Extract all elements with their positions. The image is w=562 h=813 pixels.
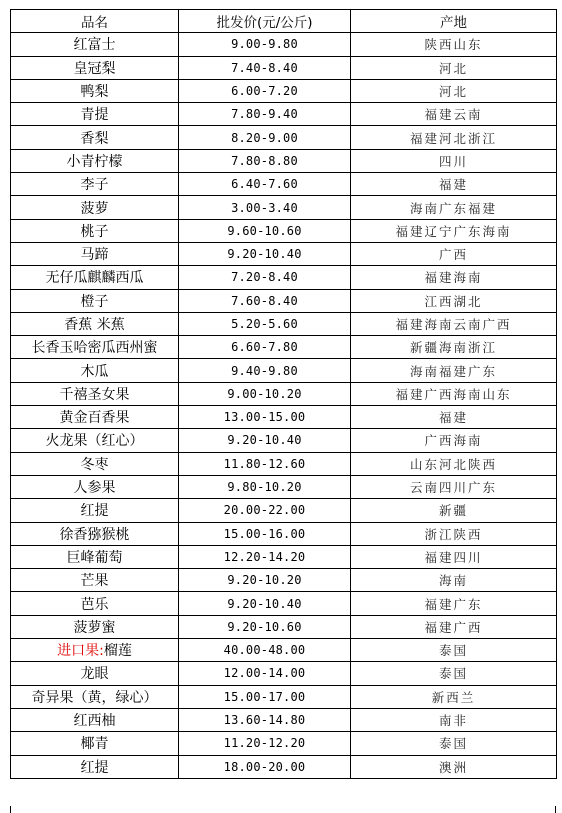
product-name-text: 桃子: [81, 224, 109, 240]
cell-product-name: 龙眼: [11, 662, 179, 685]
cell-origin: 海南: [351, 569, 557, 592]
cell-origin: 福建广西: [351, 615, 557, 638]
cell-origin: 江西湖北: [351, 289, 557, 312]
cell-wholesale-price: 7.80-9.40: [179, 103, 351, 126]
product-name-text: 木瓜: [81, 364, 109, 380]
cell-wholesale-price: 6.60-7.80: [179, 336, 351, 359]
cell-wholesale-price: 7.20-8.40: [179, 266, 351, 289]
cell-product-name: 菠萝: [11, 196, 179, 219]
cell-product-name: 椰青: [11, 732, 179, 755]
table-row: 李子6.40-7.60福建: [11, 173, 557, 196]
table-row: 马蹄9.20-10.40广西: [11, 242, 557, 265]
cell-wholesale-price: 18.00-20.00: [179, 755, 351, 778]
product-name-text: 香蕉 米蕉: [64, 317, 124, 333]
cell-product-name: 菠萝蜜: [11, 615, 179, 638]
cell-origin: 新西兰: [351, 685, 557, 708]
cell-origin: 福建辽宁广东海南: [351, 219, 557, 242]
table-row: 皇冠梨7.40-8.40河北: [11, 56, 557, 79]
cell-product-name: 芒果: [11, 569, 179, 592]
table-row: 徐香猕猴桃15.00-16.00浙江陕西: [11, 522, 557, 545]
cell-origin: 新疆海南浙江: [351, 336, 557, 359]
cell-product-name: 黄金百香果: [11, 406, 179, 429]
product-name-text: 龙眼: [81, 666, 109, 682]
cell-product-name: 红提: [11, 755, 179, 778]
product-name-text: 火龙果（红心）: [46, 433, 144, 449]
header-product-name: 品名: [11, 10, 179, 33]
product-name-text: 小青柠檬: [67, 154, 123, 170]
table-row: 芒果9.20-10.20海南: [11, 569, 557, 592]
cell-origin: 陕西山东: [351, 33, 557, 56]
cell-wholesale-price: 12.00-14.00: [179, 662, 351, 685]
table-row: 红提20.00-22.00新疆: [11, 499, 557, 522]
table-row: 长香玉哈密瓜西州蜜6.60-7.80新疆海南浙江: [11, 336, 557, 359]
product-name-text: 菠萝蜜: [74, 620, 116, 636]
table-row: 鸭梨6.00-7.20河北: [11, 79, 557, 102]
product-name-text: 红西柚: [74, 713, 116, 729]
table-row: 菠萝蜜9.20-10.60福建广西: [11, 615, 557, 638]
table-row: 红富士9.00-9.80陕西山东: [11, 33, 557, 56]
product-name-text: 芭乐: [81, 597, 109, 613]
cell-wholesale-price: 6.40-7.60: [179, 173, 351, 196]
table-row: 菠萝3.00-3.40海南广东福建: [11, 196, 557, 219]
cell-product-name: 橙子: [11, 289, 179, 312]
table-row: 青提7.80-9.40福建云南: [11, 103, 557, 126]
cell-wholesale-price: 13.00-15.00: [179, 406, 351, 429]
cell-wholesale-price: 3.00-3.40: [179, 196, 351, 219]
cell-origin: 福建: [351, 173, 557, 196]
table-row: 巨峰葡萄12.20-14.20福建四川: [11, 545, 557, 568]
product-name-text: 鸭梨: [81, 84, 109, 100]
product-name-text: 奇异果（黄，绿心）: [32, 690, 158, 706]
product-name-text: 巨峰葡萄: [67, 550, 123, 566]
cell-origin: 新疆: [351, 499, 557, 522]
cell-product-name: 冬枣: [11, 452, 179, 475]
table-row: 冬枣11.80-12.60山东河北陕西: [11, 452, 557, 475]
product-name-text: 冬枣: [81, 457, 109, 473]
table-row: 龙眼12.00-14.00泰国: [11, 662, 557, 685]
table-row: 火龙果（红心）9.20-10.40广西海南: [11, 429, 557, 452]
cell-product-name: 香梨: [11, 126, 179, 149]
cell-wholesale-price: 11.20-12.20: [179, 732, 351, 755]
cell-origin: 福建河北浙江: [351, 126, 557, 149]
header-origin: 产地: [351, 10, 557, 33]
product-name-text: 皇冠梨: [74, 61, 116, 77]
cell-origin: 南非: [351, 708, 557, 731]
cell-wholesale-price: 15.00-17.00: [179, 685, 351, 708]
table-border-continuation: [555, 806, 556, 813]
cell-origin: 广西: [351, 242, 557, 265]
cell-product-name: 香蕉 米蕉: [11, 312, 179, 335]
cell-product-name: 皇冠梨: [11, 56, 179, 79]
product-name-text: 李子: [81, 177, 109, 193]
cell-wholesale-price: 13.60-14.80: [179, 708, 351, 731]
cell-origin: 山东河北陕西: [351, 452, 557, 475]
product-name-text: 橙子: [81, 294, 109, 310]
cell-origin: 海南福建广东: [351, 359, 557, 382]
table-row: 红西柚13.60-14.80南非: [11, 708, 557, 731]
product-name-text: 马蹄: [81, 247, 109, 263]
table-row: 桃子9.60-10.60福建辽宁广东海南: [11, 219, 557, 242]
cell-wholesale-price: 9.20-10.20: [179, 569, 351, 592]
cell-product-name: 木瓜: [11, 359, 179, 382]
price-table-container: 品名 批发价(元/公斤) 产地 红富士9.00-9.80陕西山东皇冠梨7.40-…: [10, 9, 557, 779]
cell-origin: 福建海南云南广西: [351, 312, 557, 335]
product-name-text: 无仔瓜麒麟西瓜: [46, 270, 144, 286]
cell-wholesale-price: 15.00-16.00: [179, 522, 351, 545]
product-name-text: 长香玉哈密瓜西州蜜: [32, 340, 158, 356]
cell-product-name: 人参果: [11, 475, 179, 498]
cell-product-name: 徐香猕猴桃: [11, 522, 179, 545]
table-row: 进口果:榴莲40.00-48.00泰国: [11, 639, 557, 662]
table-row: 千禧圣女果9.00-10.20福建广西海南山东: [11, 382, 557, 405]
table-row: 小青柠檬7.80-8.80四川: [11, 149, 557, 172]
table-body: 红富士9.00-9.80陕西山东皇冠梨7.40-8.40河北鸭梨6.00-7.2…: [11, 33, 557, 779]
cell-product-name: 青提: [11, 103, 179, 126]
product-name-text: 徐香猕猴桃: [60, 527, 130, 543]
table-row: 椰青11.20-12.20泰国: [11, 732, 557, 755]
fruit-price-table: 品名 批发价(元/公斤) 产地 红富士9.00-9.80陕西山东皇冠梨7.40-…: [10, 9, 557, 779]
cell-wholesale-price: 9.00-9.80: [179, 33, 351, 56]
cell-origin: 浙江陕西: [351, 522, 557, 545]
product-name-text: 红提: [81, 503, 109, 519]
cell-wholesale-price: 8.20-9.00: [179, 126, 351, 149]
cell-origin: 福建云南: [351, 103, 557, 126]
cell-origin: 泰国: [351, 662, 557, 685]
product-name-text: 椰青: [81, 736, 109, 752]
cell-product-name: 小青柠檬: [11, 149, 179, 172]
cell-wholesale-price: 7.40-8.40: [179, 56, 351, 79]
cell-origin: 广西海南: [351, 429, 557, 452]
cell-origin: 福建广东: [351, 592, 557, 615]
cell-wholesale-price: 9.60-10.60: [179, 219, 351, 242]
cell-product-name: 马蹄: [11, 242, 179, 265]
cell-wholesale-price: 9.80-10.20: [179, 475, 351, 498]
cell-product-name: 千禧圣女果: [11, 382, 179, 405]
cell-wholesale-price: 7.60-8.40: [179, 289, 351, 312]
table-row: 人参果9.80-10.20云南四川广东: [11, 475, 557, 498]
cell-product-name: 李子: [11, 173, 179, 196]
product-name-text: 人参果: [74, 480, 116, 496]
cell-origin: 福建广西海南山东: [351, 382, 557, 405]
cell-product-name: 奇异果（黄，绿心）: [11, 685, 179, 708]
table-row: 香梨8.20-9.00福建河北浙江: [11, 126, 557, 149]
header-row: 品名 批发价(元/公斤) 产地: [11, 10, 557, 33]
cell-product-name: 巨峰葡萄: [11, 545, 179, 568]
product-name-text: 菠萝: [81, 201, 109, 217]
cell-origin: 云南四川广东: [351, 475, 557, 498]
imported-fruit-label: 进口果:: [57, 643, 104, 659]
cell-wholesale-price: 9.20-10.40: [179, 242, 351, 265]
cell-product-name: 鸭梨: [11, 79, 179, 102]
cell-product-name: 红西柚: [11, 708, 179, 731]
product-name-text: 青提: [81, 107, 109, 123]
product-name-text: 千禧圣女果: [60, 387, 130, 403]
cell-wholesale-price: 11.80-12.60: [179, 452, 351, 475]
table-border-continuation: [10, 806, 11, 813]
cell-product-name: 芭乐: [11, 592, 179, 615]
cell-origin: 河北: [351, 79, 557, 102]
cell-origin: 福建四川: [351, 545, 557, 568]
cell-wholesale-price: 9.40-9.80: [179, 359, 351, 382]
table-row: 香蕉 米蕉5.20-5.60福建海南云南广西: [11, 312, 557, 335]
cell-origin: 福建: [351, 406, 557, 429]
cell-wholesale-price: 20.00-22.00: [179, 499, 351, 522]
cell-wholesale-price: 40.00-48.00: [179, 639, 351, 662]
table-row: 无仔瓜麒麟西瓜7.20-8.40福建海南: [11, 266, 557, 289]
product-name-text: 红富士: [74, 37, 116, 53]
cell-wholesale-price: 5.20-5.60: [179, 312, 351, 335]
cell-origin: 澳洲: [351, 755, 557, 778]
cell-product-name: 桃子: [11, 219, 179, 242]
cell-wholesale-price: 9.20-10.40: [179, 592, 351, 615]
cell-product-name: 火龙果（红心）: [11, 429, 179, 452]
cell-origin: 福建海南: [351, 266, 557, 289]
table-row: 木瓜9.40-9.80海南福建广东: [11, 359, 557, 382]
table-row: 橙子7.60-8.40江西湖北: [11, 289, 557, 312]
product-name-text: 黄金百香果: [60, 410, 130, 426]
cell-origin: 河北: [351, 56, 557, 79]
cell-product-name: 进口果:榴莲: [11, 639, 179, 662]
table-row: 黄金百香果13.00-15.00福建: [11, 406, 557, 429]
cell-product-name: 长香玉哈密瓜西州蜜: [11, 336, 179, 359]
cell-origin: 泰国: [351, 732, 557, 755]
cell-wholesale-price: 7.80-8.80: [179, 149, 351, 172]
table-row: 红提18.00-20.00澳洲: [11, 755, 557, 778]
header-wholesale-price: 批发价(元/公斤): [179, 10, 351, 33]
cell-wholesale-price: 9.20-10.60: [179, 615, 351, 638]
product-name-text: 红提: [81, 760, 109, 776]
product-name-text: 芒果: [81, 573, 109, 589]
cell-product-name: 无仔瓜麒麟西瓜: [11, 266, 179, 289]
cell-product-name: 红富士: [11, 33, 179, 56]
product-name-text: 榴莲: [104, 643, 132, 659]
cell-product-name: 红提: [11, 499, 179, 522]
cell-origin: 海南广东福建: [351, 196, 557, 219]
table-row: 奇异果（黄，绿心）15.00-17.00新西兰: [11, 685, 557, 708]
table-row: 芭乐9.20-10.40福建广东: [11, 592, 557, 615]
cell-wholesale-price: 9.00-10.20: [179, 382, 351, 405]
cell-wholesale-price: 6.00-7.20: [179, 79, 351, 102]
cell-wholesale-price: 9.20-10.40: [179, 429, 351, 452]
cell-origin: 四川: [351, 149, 557, 172]
cell-origin: 泰国: [351, 639, 557, 662]
cell-wholesale-price: 12.20-14.20: [179, 545, 351, 568]
product-name-text: 香梨: [81, 131, 109, 147]
